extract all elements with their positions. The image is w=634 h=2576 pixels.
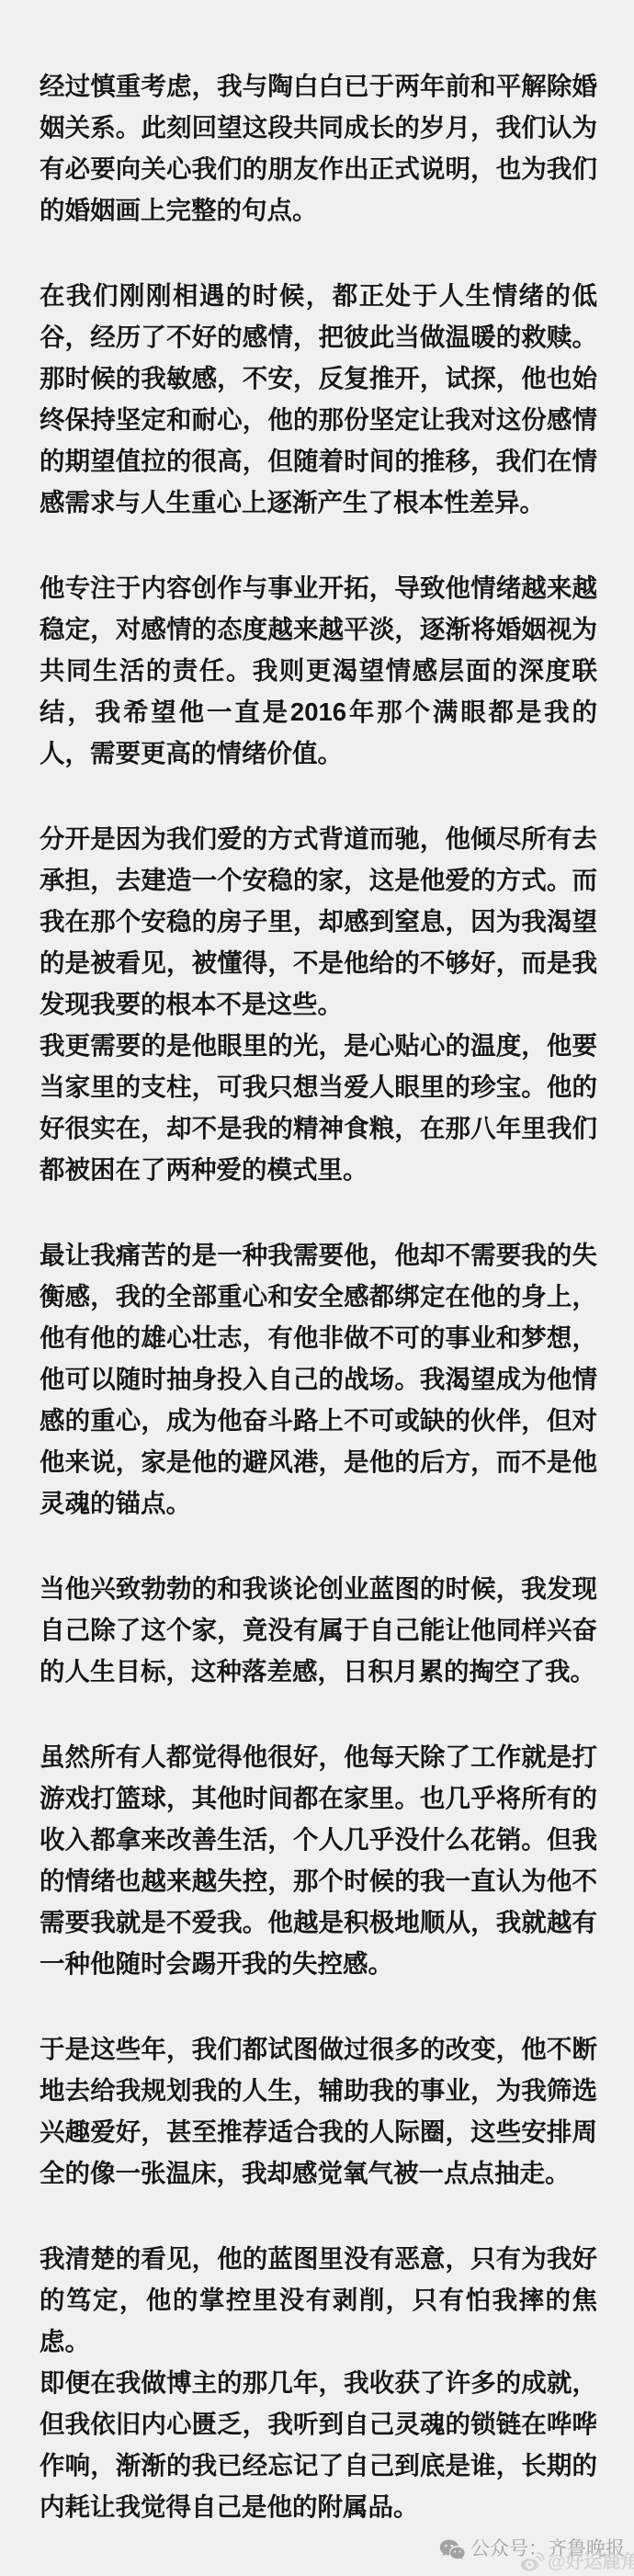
wechat-icon — [439, 2538, 465, 2561]
paragraph-block: 当他兴致勃勃的和我谈论创业蓝图的时候，我发现自己除了这个家，竟没有属于自己能让他… — [40, 1568, 597, 1692]
paragraph-block: 经过慎重考虑，我与陶白白已于两年前和平解除婚姻关系。此刻回望这段共同成长的岁月，… — [40, 65, 597, 231]
paragraph: 当他兴致勃勃的和我谈论创业蓝图的时候，我发现自己除了这个家，竟没有属于自己能让他… — [40, 1568, 597, 1692]
paragraph-block: 于是这些年，我们都试图做过很多的改变，他不断地去给我规划我的人生，辅助我的事业，… — [40, 2028, 597, 2194]
paragraph: 在我们刚刚相遇的时候，都正处于人生情绪的低谷，经历了不好的感情，把彼此当做温暖的… — [40, 275, 597, 523]
article-body: 经过慎重考虑，我与陶白白已于两年前和平解除婚姻关系。此刻回望这段共同成长的岁月，… — [0, 0, 634, 2527]
paragraph: 于是这些年，我们都试图做过很多的改变，他不断地去给我规划我的人生，辅助我的事业，… — [40, 2028, 597, 2194]
paragraph-block: 分开是因为我们爱的方式背道而驰，他倾尽所有去承担，去建造一个安稳的家，这是他爱的… — [40, 818, 597, 1190]
paragraph: 他专注于内容创作与事业开拓，导致他情绪越来越稳定，对感情的态度越来越平淡，逐渐将… — [40, 567, 597, 774]
paragraph-block: 在我们刚刚相遇的时候，都正处于人生情绪的低谷，经历了不好的感情，把彼此当做温暖的… — [40, 275, 597, 523]
weibo-icon — [520, 2551, 545, 2573]
weibo-watermark-label: @好运鹿角 — [548, 2551, 634, 2573]
article-page: 经过慎重考虑，我与陶白白已于两年前和平解除婚姻关系。此刻回望这段共同成长的岁月，… — [0, 0, 634, 2576]
paragraph-block: 最让我痛苦的是一种我需要他，他却不需要我的失衡感，我的全部重心和安全感都绑定在他… — [40, 1234, 597, 1524]
paragraph-block: 他专注于内容创作与事业开拓，导致他情绪越来越稳定，对感情的态度越来越平淡，逐渐将… — [40, 567, 597, 774]
paragraph: 分开是因为我们爱的方式背道而驰，他倾尽所有去承担，去建造一个安稳的家，这是他爱的… — [40, 818, 597, 1025]
paragraph: 我清楚的看见，他的蓝图里没有恶意，只有为我好的笃定，他的掌控里没有剥削，只有怕我… — [40, 2238, 597, 2362]
paragraph: 最让我痛苦的是一种我需要他，他却不需要我的失衡感，我的全部重心和安全感都绑定在他… — [40, 1234, 597, 1524]
paragraph: 经过慎重考虑，我与陶白白已于两年前和平解除婚姻关系。此刻回望这段共同成长的岁月，… — [40, 65, 597, 231]
paragraph: 虽然所有人都觉得他很好，他每天除了工作就是打游戏打篮球，其他时间都在家里。也几乎… — [40, 1736, 597, 1984]
paragraph-block: 虽然所有人都觉得他很好，他每天除了工作就是打游戏打篮球，其他时间都在家里。也几乎… — [40, 1736, 597, 1984]
paragraph-block: 我清楚的看见，他的蓝图里没有恶意，只有为我好的笃定，他的掌控里没有剥削，只有怕我… — [40, 2238, 597, 2527]
paragraph: 我更需要的是他眼里的光，是心贴心的温度，他要当家里的支柱，可我只想当爱人眼里的珍… — [40, 1025, 597, 1190]
weibo-watermark: @好运鹿角 — [520, 2551, 634, 2573]
paragraph: 即便在我做博主的那几年，我收获了许多的成就，但我依旧内心匮乏，我听到自己灵魂的锁… — [40, 2362, 597, 2527]
